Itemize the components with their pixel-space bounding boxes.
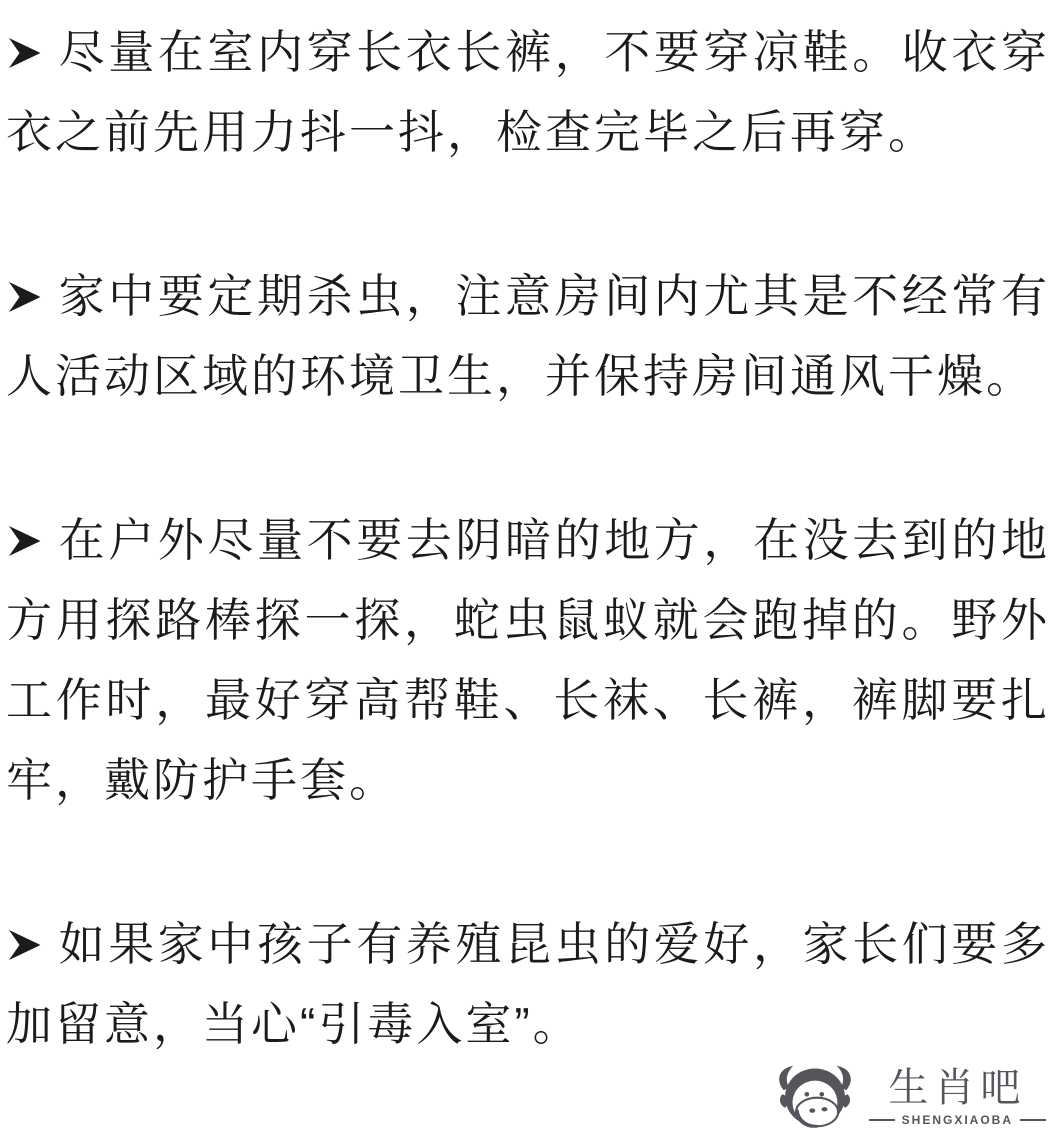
brand-text-block: 生肖吧 SHENGXIAOBA [869, 1067, 1046, 1127]
tip-text: 如果家中孩子有养殖昆虫的爱好，家长们要多加留意，当心“引毒入室”。 [6, 918, 1050, 1050]
left-rule [869, 1119, 895, 1121]
tip-paragraph: 尽量在室内穿长衣长裤，不要穿凉鞋。收衣穿衣之前先用力抖一抖，检查完毕之后再穿。 [6, 12, 1050, 172]
right-rule [1020, 1119, 1046, 1121]
tip-text: 尽量在室内穿长衣长裤，不要穿凉鞋。收衣穿衣之前先用力抖一抖，检查完毕之后再穿。 [6, 26, 1050, 158]
arrow-bullet-icon [6, 279, 42, 315]
brand-watermark: 生肖吧 SHENGXIAOBA [773, 1063, 1046, 1131]
tip-text: 家中要定期杀虫，注意房间内尤其是不经常有人活动区域的环境卫生，并保持房间通风干燥… [6, 270, 1050, 402]
arrow-bullet-icon [6, 927, 42, 963]
brand-name: 生肖吧 [888, 1067, 1026, 1109]
tip-paragraph: 如果家中孩子有养殖昆虫的爱好，家长们要多加留意，当心“引毒入室”。 [6, 904, 1050, 1064]
tip-text: 在户外尽量不要去阴暗的地方，在没去到的地方用探路棒探一探，蛇虫鼠蚁就会跑掉的。野… [6, 514, 1050, 806]
arrow-bullet-icon [6, 35, 42, 71]
brand-romanized-text: SHENGXIAOBA [902, 1113, 1013, 1127]
article-page: 尽量在室内穿长衣长裤，不要穿凉鞋。收衣穿衣之前先用力抖一抖，检查完毕之后再穿。 … [0, 0, 1056, 1143]
tip-paragraph: 家中要定期杀虫，注意房间内尤其是不经常有人活动区域的环境卫生，并保持房间通风干燥… [6, 256, 1050, 416]
brand-romanized: SHENGXIAOBA [869, 1113, 1046, 1127]
ox-mascot-icon [773, 1063, 857, 1131]
tip-paragraph: 在户外尽量不要去阴暗的地方，在没去到的地方用探路棒探一探，蛇虫鼠蚁就会跑掉的。野… [6, 500, 1050, 820]
arrow-bullet-icon [6, 523, 42, 559]
